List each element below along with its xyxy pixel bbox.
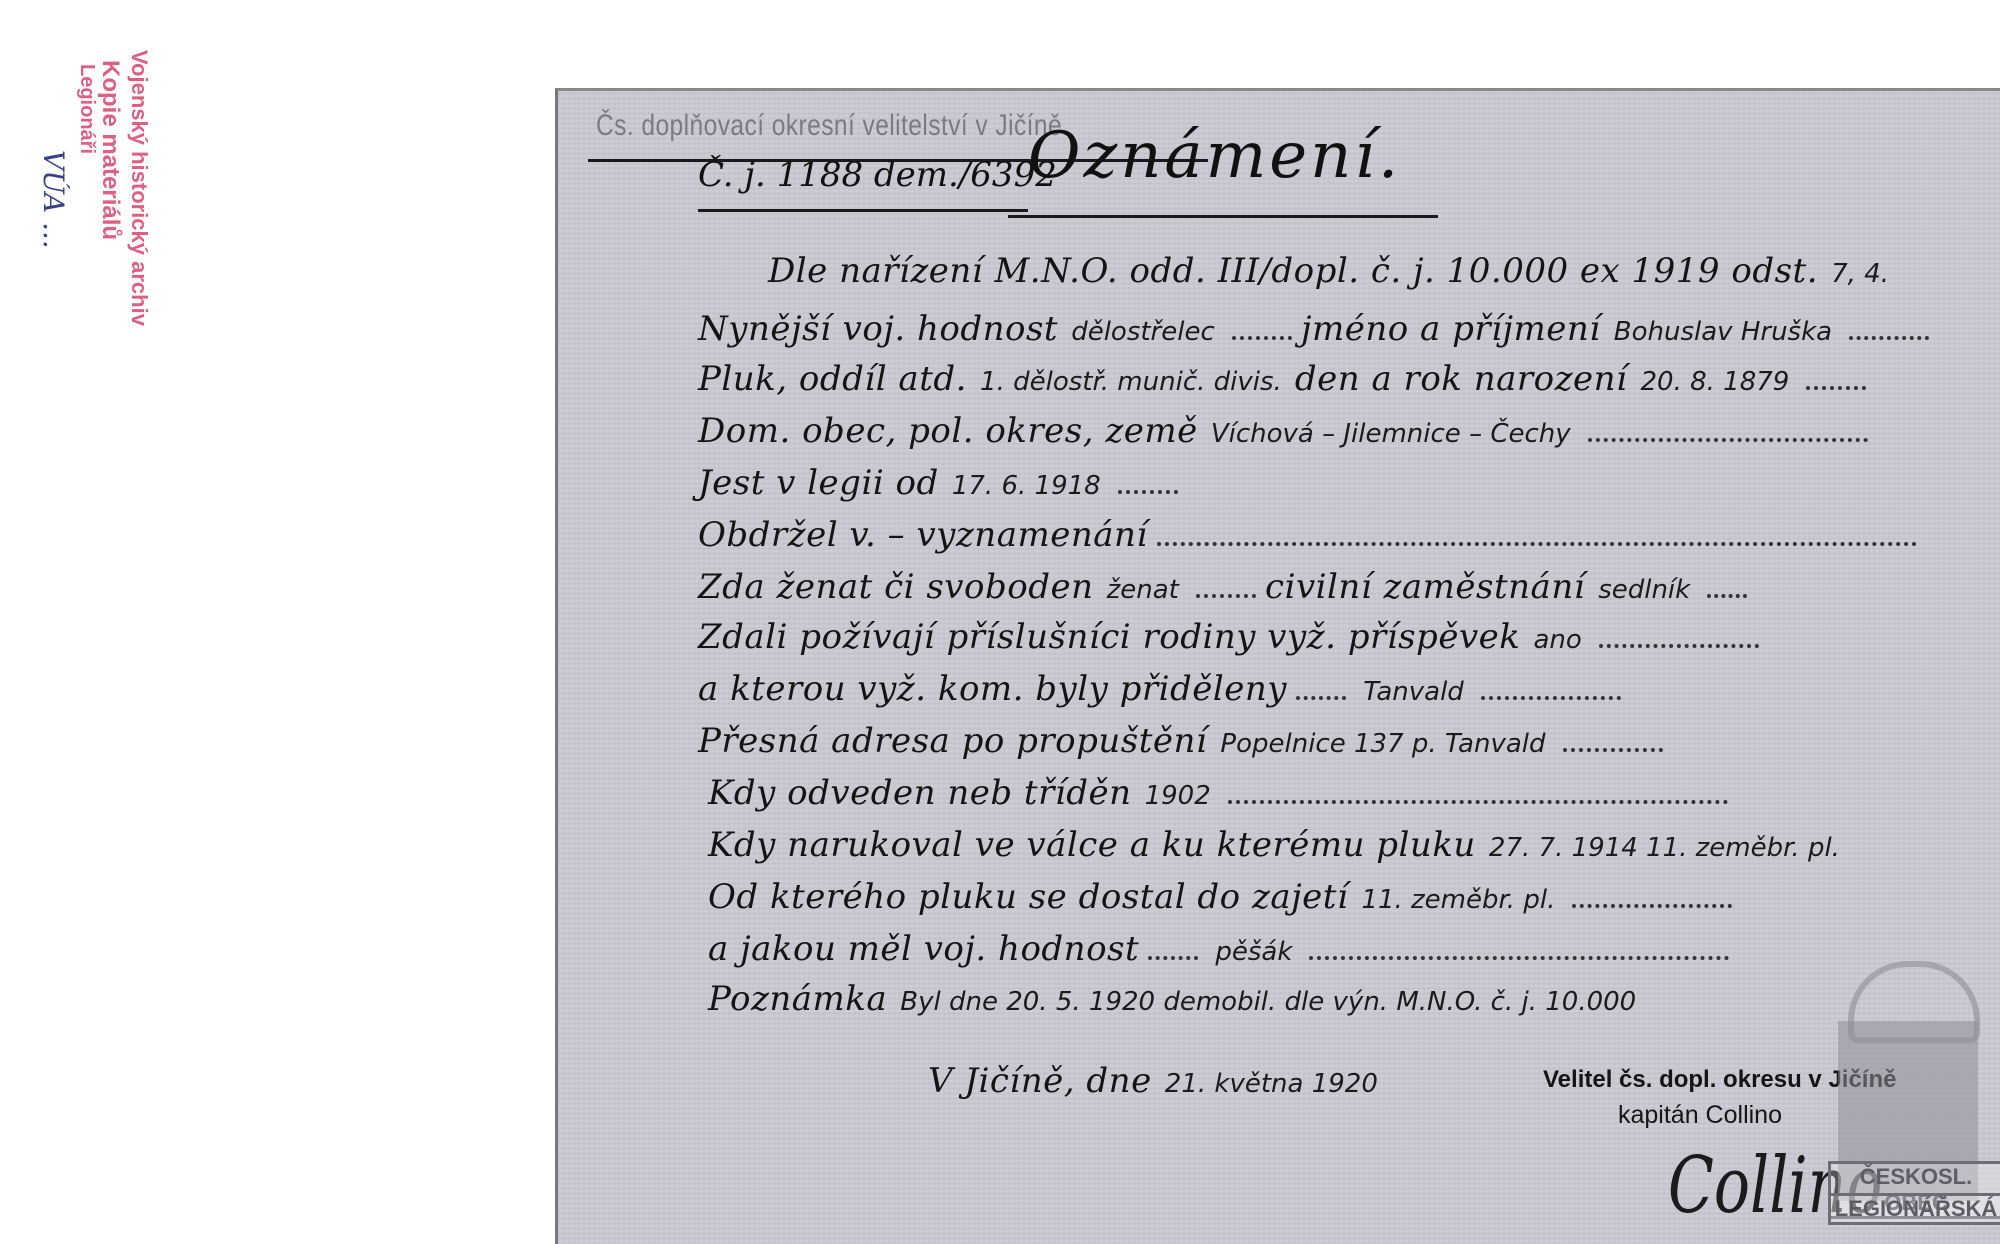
archive-stamp-line-1: Vojenský historický archiv <box>126 50 152 326</box>
field-label: Zda ženat či svoboden <box>698 567 1094 607</box>
field-value: dělostřelec <box>1071 317 1215 347</box>
place-date-value: 21. května 1920 <box>1165 1069 1378 1099</box>
dotted-leader <box>1806 382 1866 390</box>
place-date-label: V Jičíně, dne <box>928 1061 1152 1101</box>
field-value: Tanvald <box>1363 677 1464 707</box>
title-rule <box>1008 215 1438 218</box>
field-label: Kdy narukoval ve válce a ku kterému pluk… <box>708 825 1476 865</box>
field-row-decree: Dle nařízení M.N.O. odd. III/dopl. č. j.… <box>768 251 1897 291</box>
field-value: Víchová – Jilemnice – Čechy <box>1211 419 1571 449</box>
field-label: Pluk, oddíl atd. <box>698 359 967 399</box>
dotted-leader <box>1563 744 1663 752</box>
field-row-rank-at-capture: a jakou měl voj. hodnost pěšák <box>708 929 1733 969</box>
field-row-domicile: Dom. obec, pol. okres, země Víchová – Ji… <box>698 411 1872 451</box>
emblem-text-bottom: LEGIONÁŘSKÁ <box>1828 1193 2000 1225</box>
field-row-captured: Od kterého pluku se dostal do zajetí 11.… <box>708 877 1736 917</box>
field-row-commission: a kterou vyž. kom. byly přiděleny Tanval… <box>698 669 1625 709</box>
document-page: Čs. doplňovací okresní velitelství v Jič… <box>555 88 2000 1244</box>
field-label: Poznámka <box>708 979 887 1019</box>
field-value: 7, 4. <box>1831 259 1889 289</box>
field-label: Jest v legii od <box>698 463 939 503</box>
field-row-rank-name: Nynější voj. hodnost dělostřelec jméno a… <box>698 309 1933 349</box>
field-row-regiment-birth: Pluk, oddíl atd. 1. dělostř. munič. divi… <box>698 359 1870 399</box>
archive-stamp-line-2: Kopie materiálů <box>96 60 124 240</box>
place-date: V Jičíně, dne 21. května 1920 <box>928 1061 1386 1101</box>
legion-emblem: ČESKOSL. OBEC LEGIONÁŘSKÁ <box>1828 961 1998 1241</box>
field-label: a kterou vyž. kom. byly přiděleny <box>698 669 1287 709</box>
field-value: 17. 6. 1918 <box>952 471 1101 501</box>
field-label: Nynější voj. hodnost <box>698 309 1058 349</box>
field-row-legion-since: Jest v legii od 17. 6. 1918 <box>698 463 1182 503</box>
archive-stamp: Vojenský historický archiv Kopie materiá… <box>40 50 190 350</box>
dotted-leader <box>1849 332 1929 340</box>
field-value: 11. zeměbr. pl. <box>1361 885 1555 915</box>
field-label: Od kterého pluku se dostal do zajetí <box>708 877 1348 917</box>
field-value: pěšák <box>1215 937 1292 967</box>
field-value: 1. dělostř. munič. divis. <box>980 367 1282 397</box>
field-row-address: Přesná adresa po propuštění Popelnice 13… <box>698 721 1667 761</box>
field-label: den a rok narození <box>1295 359 1628 399</box>
field-row-decorations: Obdržel v. – vyznamenání <box>698 515 1921 555</box>
printed-header: Čs. doplňovací okresní velitelství v Jič… <box>596 109 1069 143</box>
dotted-leader <box>1196 590 1256 598</box>
dotted-leader <box>1572 900 1732 908</box>
field-value: ano <box>1533 625 1581 655</box>
dotted-leader <box>1481 692 1621 700</box>
field-value: ženat <box>1107 575 1179 605</box>
archive-stamp-line-3: Legionáři <box>75 64 98 154</box>
field-label: a jakou měl voj. hodnost <box>708 929 1139 969</box>
dotted-leader <box>1309 952 1729 960</box>
dotted-leader <box>1148 952 1198 960</box>
field-row-enlisted: Kdy narukoval ve válce a ku kterému pluk… <box>708 825 1848 865</box>
field-value: Bohuslav Hruška <box>1614 317 1832 347</box>
field-label: Kdy odveden neb tříděn <box>708 773 1132 813</box>
dotted-leader <box>1296 692 1346 700</box>
field-label: Zdali požívají příslušníci rodiny vyž. p… <box>698 617 1520 657</box>
field-label: jméno a příjmení <box>1301 309 1601 349</box>
field-label: civilní zaměstnání <box>1265 567 1585 607</box>
field-label: Přesná adresa po propuštění <box>698 721 1207 761</box>
dotted-leader <box>1157 538 1917 546</box>
archive-handwritten-mark: VÚA ... <box>37 150 70 249</box>
field-label: Dom. obec, pol. okres, země <box>698 411 1198 451</box>
dotted-leader <box>1707 590 1747 598</box>
document-title: Oznámení. <box>1028 119 1401 193</box>
field-value: Popelnice 137 p. Tanvald <box>1220 729 1545 759</box>
field-row-family-allowance: Zdali požívají příslušníci rodiny vyž. p… <box>698 617 1763 657</box>
field-row-marital-occupation: Zda ženat či svoboden ženat civilní zamě… <box>698 567 1751 607</box>
dotted-leader <box>1118 486 1178 494</box>
field-row-note: Poznámka Byl dne 20. 5. 1920 demobil. dl… <box>708 979 1644 1019</box>
signature-block-name: kapitán Collino <box>1618 1101 1782 1130</box>
reference-rule <box>698 209 1028 212</box>
field-value: sedlník <box>1598 575 1690 605</box>
field-value: 20. 8. 1879 <box>1640 367 1789 397</box>
dotted-leader <box>1228 796 1728 804</box>
dotted-leader <box>1232 332 1292 340</box>
dotted-leader <box>1599 640 1759 648</box>
field-value: 1902 <box>1145 781 1211 811</box>
field-row-conscripted: Kdy odveden neb tříděn 1902 <box>708 773 1732 813</box>
dotted-leader <box>1588 434 1868 442</box>
field-value: Byl dne 20. 5. 1920 demobil. dle výn. M.… <box>900 987 1636 1017</box>
field-label: Obdržel v. – vyznamenání <box>698 515 1148 555</box>
reference-number: Č. j. 1188 dem./6392 <box>698 155 1057 195</box>
field-label: Dle nařízení M.N.O. odd. III/dopl. č. j.… <box>768 251 1818 291</box>
field-value: 27. 7. 1914 11. zeměbr. pl. <box>1489 833 1840 863</box>
